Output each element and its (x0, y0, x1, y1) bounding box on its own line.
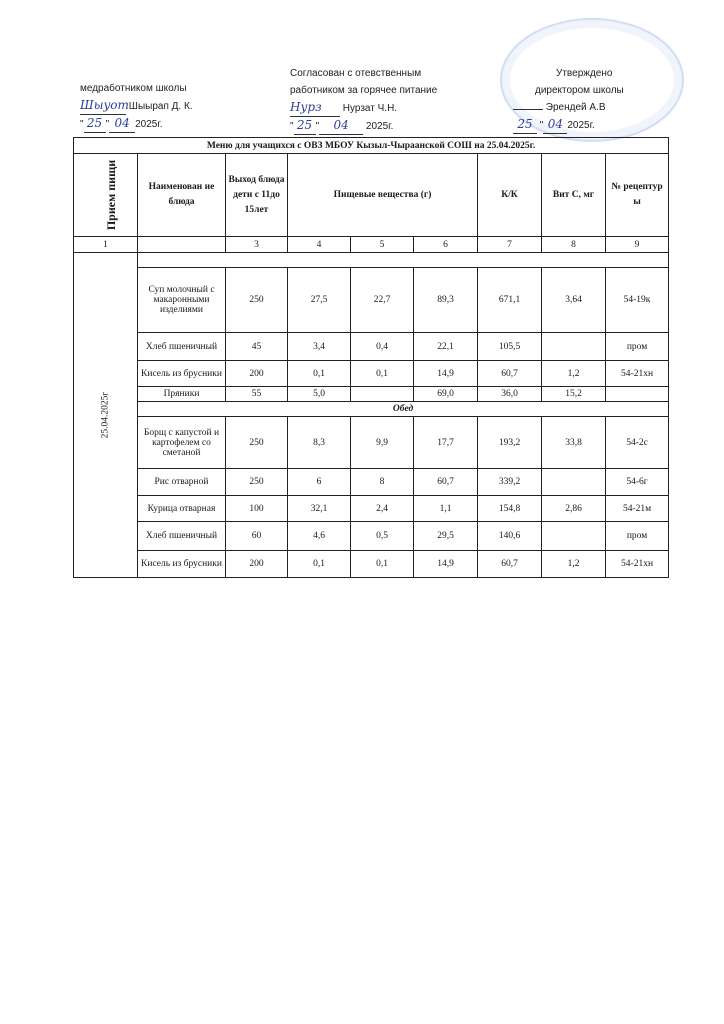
breakfast-section (138, 253, 669, 268)
approval-director-line1: Утверждено (513, 65, 624, 82)
approval-medical-name: Шыырап Д. К. (129, 101, 193, 112)
signature-director (513, 109, 543, 110)
table-row: Хлеб пшеничный 60 4,6 0,5 29,5 140,6 про… (74, 522, 669, 551)
approval-catering: Согласован с отевственным работником за … (290, 65, 437, 135)
approval-catering-month: 04 (319, 117, 363, 135)
approval-director: Утверждено директором школы Эрендей А.В … (513, 65, 624, 134)
approval-catering-line2: работником за горячее питание (290, 82, 437, 99)
approval-catering-name: Нурзат Ч.Н. (343, 103, 397, 114)
colnum: 3 (226, 237, 288, 253)
approval-director-line2: директором школы (513, 82, 624, 99)
approval-catering-day: 25 (294, 117, 316, 135)
approval-medical-role: медработником школы (80, 80, 193, 97)
approval-catering-year: 2025г. (366, 121, 393, 132)
table-row: Курица отварная 100 32,1 2,4 1,1 154,8 2… (74, 496, 669, 522)
header-meal: Прием пищи (74, 154, 138, 237)
signature-medical: Шыyoт (80, 97, 126, 115)
colnum: 9 (606, 237, 669, 253)
signature-catering: Нурз (290, 99, 340, 117)
header-row: Прием пищи Наименован ие блюда Выход блю… (74, 154, 669, 237)
approval-medical-month: 04 (109, 115, 135, 133)
table-row: Кисель из брусники 200 0,1 0,1 14,9 60,7… (74, 551, 669, 578)
header-portion: Выход блюда дети с 11до 15лет (226, 154, 288, 237)
approval-catering-line1: Согласован с отевственным (290, 65, 437, 82)
approval-director-month: 04 (543, 116, 567, 134)
table-row: Рис отварной 250 6 8 60,7 339,2 54-6г (74, 469, 669, 496)
approval-director-year: 2025г. (567, 120, 594, 131)
approval-director-name: Эрендей А.В (546, 102, 606, 113)
table-row: Хлеб пшеничный 45 3,4 0,4 22,1 105,5 про… (74, 333, 669, 361)
colnum (138, 237, 226, 253)
colnum: 5 (351, 237, 414, 253)
header-vitc: Вит С, мг (542, 154, 606, 237)
table-row: Пряники 55 5,0 69,0 36,0 15,2 (74, 387, 669, 402)
lunch-section-label: Обед (138, 402, 669, 417)
colnum: 8 (542, 237, 606, 253)
table-row: Борщ с капустой и картофелем со сметаной… (74, 417, 669, 469)
menu-title: Меню для учащихся с ОВЗ МБОУ Кызыл-Чыраа… (74, 138, 669, 154)
table-row: Суп молочный с макаронными изделиями 250… (74, 268, 669, 333)
header-kcal: К/К (478, 154, 542, 237)
header-recipe: № рецептур ы (606, 154, 669, 237)
column-number-row: 1 3 4 5 6 7 8 9 (74, 237, 669, 253)
colnum: 6 (414, 237, 478, 253)
approval-medical: медработником школы Шыyoт Шыырап Д. К. "… (80, 80, 193, 133)
header-dish: Наименован ие блюда (138, 154, 226, 237)
colnum: 4 (288, 237, 351, 253)
menu-table: Меню для учащихся с ОВЗ МБОУ Кызыл-Чыраа… (73, 137, 669, 578)
approval-medical-day: 25 (84, 115, 106, 133)
approval-director-day: 25 (513, 116, 537, 134)
header-nutrients: Пищевые вещества (г) (288, 154, 478, 237)
colnum: 1 (74, 237, 138, 253)
colnum: 7 (478, 237, 542, 253)
table-row: Кисель из брусники 200 0,1 0,1 14,9 60,7… (74, 361, 669, 387)
date-cell: 25.04.2025г (74, 253, 138, 578)
approval-medical-year: 2025г. (135, 119, 162, 130)
